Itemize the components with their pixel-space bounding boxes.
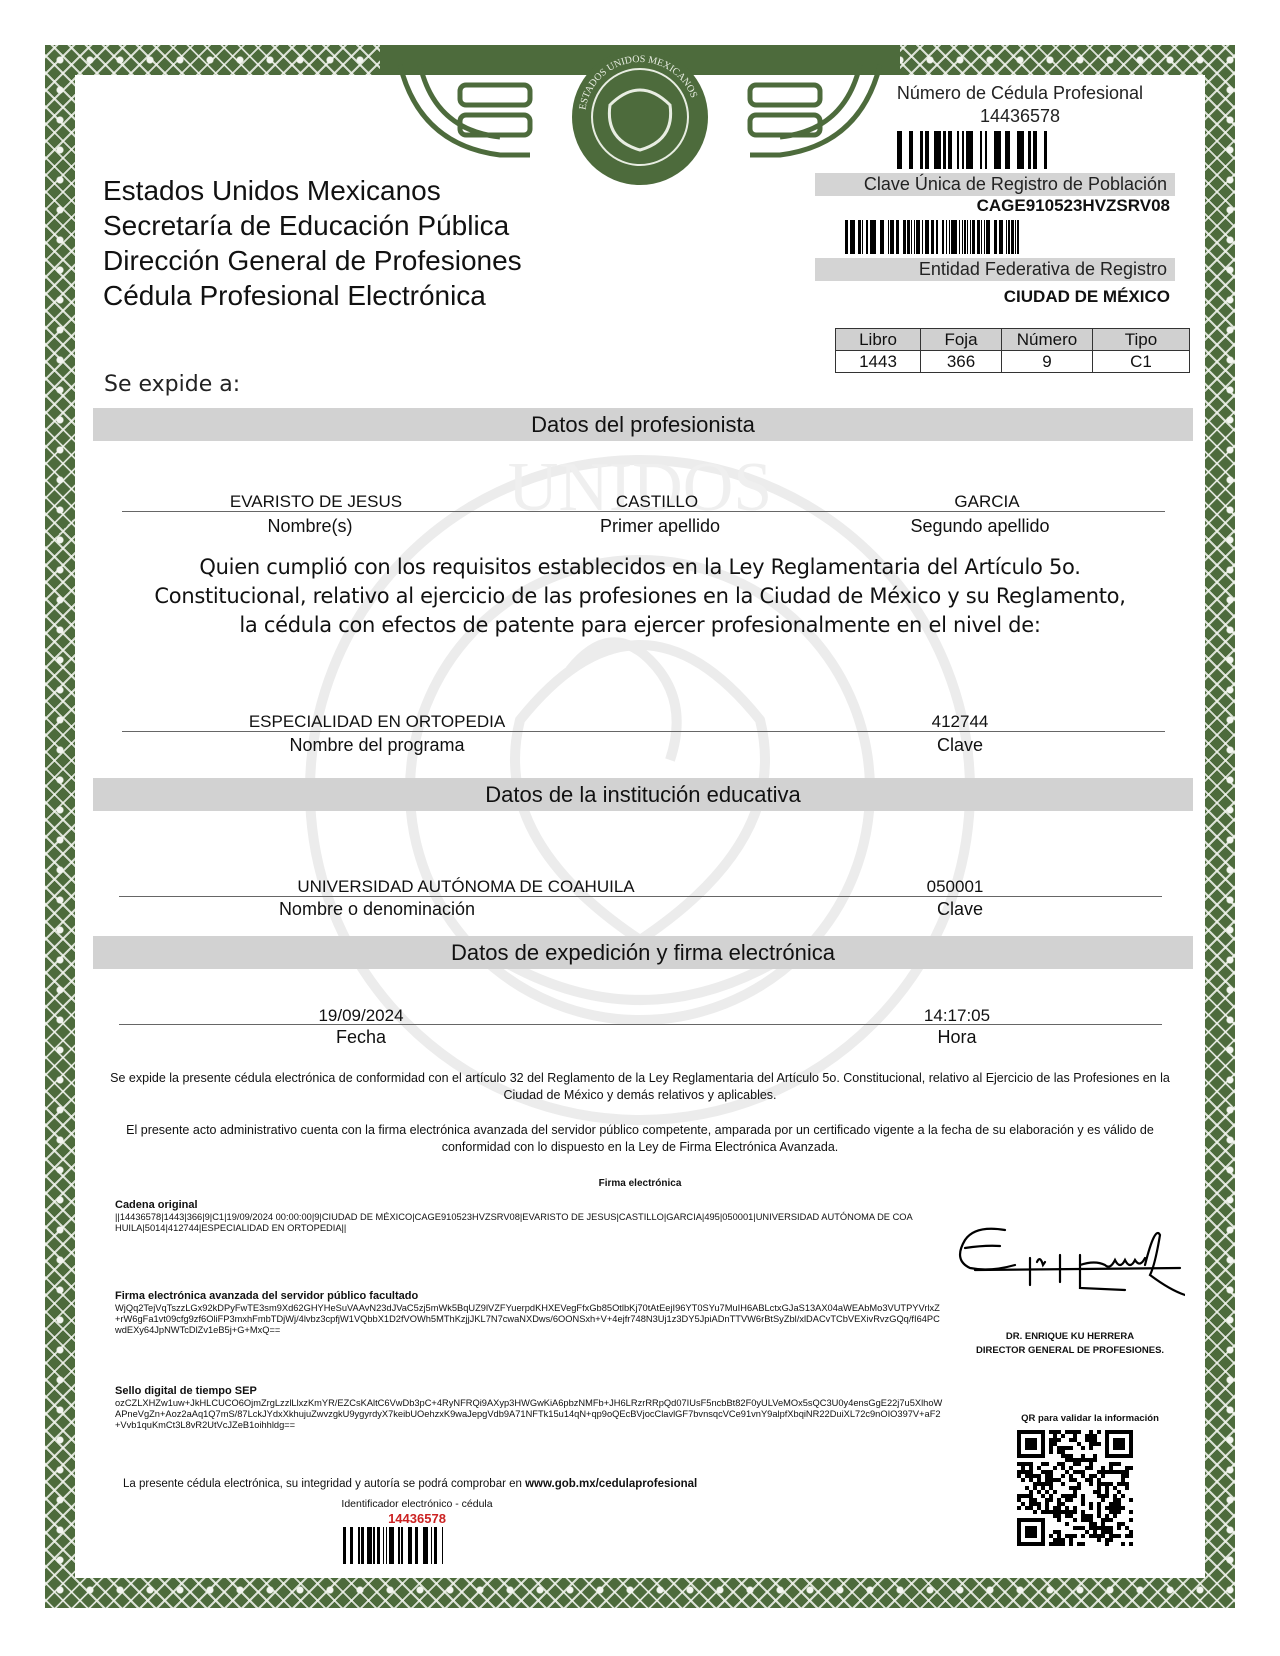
institucion-clave-value: 050001 <box>927 877 984 897</box>
cedula-barcode-icon <box>895 131 1175 169</box>
institucion-nombre-value: UNIVERSIDAD AUTÓNOMA DE COAHUILA <box>297 877 634 897</box>
table-header: Número <box>1002 329 1093 351</box>
signer-info: DR. ENRIQUE KU HERRERA DIRECTOR GENERAL … <box>950 1330 1190 1358</box>
table-header: Libro <box>836 329 921 351</box>
electronic-id-number: 14436578 <box>337 1511 497 1526</box>
hora-label: Hora <box>937 1027 976 1048</box>
section-profesionista: Datos del profesionista <box>93 408 1193 441</box>
hora-value: 14:17:05 <box>924 1006 990 1026</box>
primer-apellido-value: CASTILLO <box>616 492 698 512</box>
fecha-value: 19/09/2024 <box>318 1006 403 1026</box>
institution-line: Cédula Profesional Electrónica <box>103 278 522 313</box>
verify-link[interactable]: www.gob.mx/cedulaprofesional <box>525 1478 697 1490</box>
programa-nombre-label: Nombre del programa <box>289 735 464 756</box>
table-header: Tipo <box>1093 329 1190 351</box>
cadena-value: ||14436578|1443|366|9|C1|19/09/2024 00:0… <box>115 1212 915 1234</box>
nombres-value: EVARISTO DE JESUS <box>230 492 402 512</box>
institution-heading: Estados Unidos Mexicanos Secretaría de E… <box>103 173 522 313</box>
institution-line: Secretaría de Educación Pública <box>103 208 522 243</box>
electronic-id-label: Identificador electrónico - cédula <box>337 1498 497 1510</box>
divider <box>119 1024 1162 1025</box>
firma-avanzada-value: WjQq2TejVqTszzLGx92kDPyFwTE3sm9Xd62GHYHe… <box>115 1303 945 1336</box>
firma-title: Firma electrónica <box>0 1178 1280 1189</box>
programa-clave-label: Clave <box>937 735 983 756</box>
legal-paragraph-1: Se expide la presente cédula electrónica… <box>110 1070 1170 1104</box>
table-header: Foja <box>921 329 1002 351</box>
curp-label: Clave Única de Registro de Población <box>815 173 1175 196</box>
signer-name: DR. ENRIQUE KU HERRERA <box>950 1330 1190 1344</box>
segundo-apellido-label: Segundo apellido <box>910 516 1049 537</box>
handwritten-signature-icon <box>945 1220 1185 1300</box>
legal-line: la cédula con efectos de patente para ej… <box>90 611 1190 640</box>
primer-apellido-label: Primer apellido <box>600 516 720 537</box>
cadena-label: Cadena original <box>115 1199 198 1211</box>
sello-label: Sello digital de tiempo SEP <box>115 1385 257 1397</box>
section-expedicion: Datos de expedición y firma electrónica <box>93 936 1193 969</box>
qr-label: QR para validar la información <box>1000 1413 1180 1424</box>
programa-nombre-value: ESPECIALIDAD EN ORTOPEDIA <box>249 712 505 732</box>
qr-code-icon[interactable] <box>1017 1430 1133 1546</box>
firma-avanzada-label: Firma electrónica avanzada del servidor … <box>115 1290 418 1302</box>
verify-text: La presente cédula electrónica, su integ… <box>123 1478 697 1490</box>
signer-title: DIRECTOR GENERAL DE PROFESIONES. <box>950 1344 1190 1358</box>
legal-statement: Quien cumplió con los requisitos estable… <box>90 553 1190 640</box>
electronic-id-barcode-icon <box>341 1527 443 1564</box>
verify-sentence: La presente cédula electrónica, su integ… <box>123 1478 525 1490</box>
registro-table: Libro Foja Número Tipo 1443 366 9 C1 <box>835 328 1190 373</box>
registration-block: Número de Cédula Profesional 14436578 Cl… <box>815 83 1175 307</box>
segundo-apellido-value: GARCIA <box>954 492 1019 512</box>
table-cell: 1443 <box>836 351 921 373</box>
cedula-label: Número de Cédula Profesional <box>865 83 1175 104</box>
legal-line: Quien cumplió con los requisitos estable… <box>90 553 1190 582</box>
institution-line: Estados Unidos Mexicanos <box>103 173 522 208</box>
divider <box>122 731 1165 732</box>
fecha-label: Fecha <box>336 1027 386 1048</box>
curp-barcode-icon <box>845 220 1175 254</box>
table-cell: C1 <box>1093 351 1190 373</box>
table-cell: 366 <box>921 351 1002 373</box>
institucion-nombre-label: Nombre o denominación <box>279 899 475 920</box>
entidad-label: Entidad Federativa de Registro <box>815 258 1175 281</box>
table-cell: 9 <box>1002 351 1093 373</box>
divider <box>122 511 1165 512</box>
sello-value: ozCZLXHZw1uw+JkHLCUCO6OjmZrgLzzlLlxzKmYR… <box>115 1398 945 1431</box>
institucion-clave-label: Clave <box>937 899 983 920</box>
section-institucion: Datos de la institución educativa <box>93 778 1193 811</box>
legal-line: Constitucional, relativo al ejercicio de… <box>90 582 1190 611</box>
institution-line: Dirección General de Profesiones <box>103 243 522 278</box>
curp-value: CAGE910523HVZSRV08 <box>815 196 1175 216</box>
programa-clave-value: 412744 <box>932 712 989 732</box>
nombres-label: Nombre(s) <box>267 516 352 537</box>
legal-paragraph-2: El presente acto administrativo cuenta c… <box>110 1122 1170 1156</box>
se-expide-label: Se expide a: <box>104 372 240 397</box>
divider <box>119 896 1162 897</box>
entidad-value: CIUDAD DE MÉXICO <box>815 287 1175 307</box>
cedula-number: 14436578 <box>865 106 1175 127</box>
